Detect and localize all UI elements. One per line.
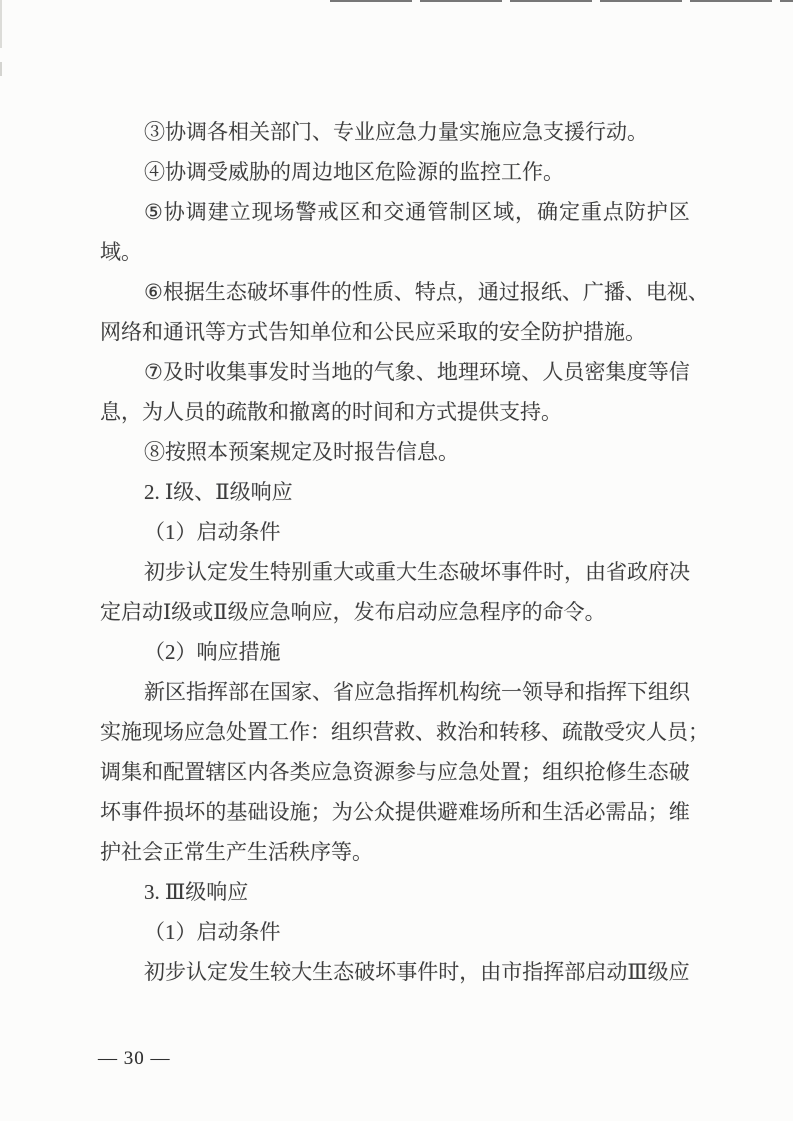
text-line: 护社会正常生产生活秩序等。 (100, 832, 690, 872)
text-line: 2. Ⅰ级、Ⅱ级响应 (100, 472, 690, 512)
scan-artifact-left-edge (0, 62, 2, 76)
text-line: ⑧按照本预案规定及时报告信息。 (100, 432, 690, 472)
text-line: 初步认定发生特别重大或重大生态破坏事件时，由省政府决 (100, 552, 690, 592)
text-line: ④协调受威胁的周边地区危险源的监控工作。 (100, 152, 690, 192)
text-line: 网络和通讯等方式告知单位和公民应采取的安全防护措施。 (100, 312, 690, 352)
text-line: 息，为人员的疏散和撤离的时间和方式提供支持。 (100, 392, 690, 432)
document-body: ③协调各相关部门、专业应急力量实施应急支援行动。④协调受威胁的周边地区危险源的监… (100, 112, 690, 992)
text-line: 调集和配置辖区内各类应急资源参与应急处置；组织抢修生态破 (100, 752, 690, 792)
text-line: （1）启动条件 (100, 512, 690, 552)
text-line: ③协调各相关部门、专业应急力量实施应急支援行动。 (100, 112, 690, 152)
text-line: 3. Ⅲ级响应 (100, 872, 690, 912)
text-line: 实施现场应急处置工作：组织营救、救治和转移、疏散受灾人员； (100, 712, 690, 752)
text-line: 定启动Ⅰ级或Ⅱ级应急响应，发布启动应急程序的命令。 (100, 592, 690, 632)
text-line: ⑦及时收集事发时当地的气象、地理环境、人员密集度等信 (100, 352, 690, 392)
text-line: 新区指挥部在国家、省应急指挥机构统一领导和指挥下组织 (100, 672, 690, 712)
text-line: （1）启动条件 (100, 912, 690, 952)
scan-artifact-left-edge (0, 0, 2, 48)
document-page: ③协调各相关部门、专业应急力量实施应急支援行动。④协调受威胁的周边地区危险源的监… (0, 0, 793, 1121)
text-line: 初步认定发生较大生态破坏事件时，由市指挥部启动Ⅲ级应 (100, 952, 690, 992)
page-number: — 30 — (98, 1048, 171, 1069)
text-line: （2）响应措施 (100, 632, 690, 672)
text-line: 域。 (100, 232, 690, 272)
text-line: 坏事件损坏的基础设施；为公众提供避难场所和生活必需品；维 (100, 792, 690, 832)
text-line: ⑥根据生态破坏事件的性质、特点，通过报纸、广播、电视、 (100, 272, 690, 312)
page-footer: — 30 — (98, 1046, 171, 1072)
scan-artifact-top-edge (330, 0, 793, 2)
text-line: ⑤协调建立现场警戒区和交通管制区域，确定重点防护区 (100, 192, 690, 232)
